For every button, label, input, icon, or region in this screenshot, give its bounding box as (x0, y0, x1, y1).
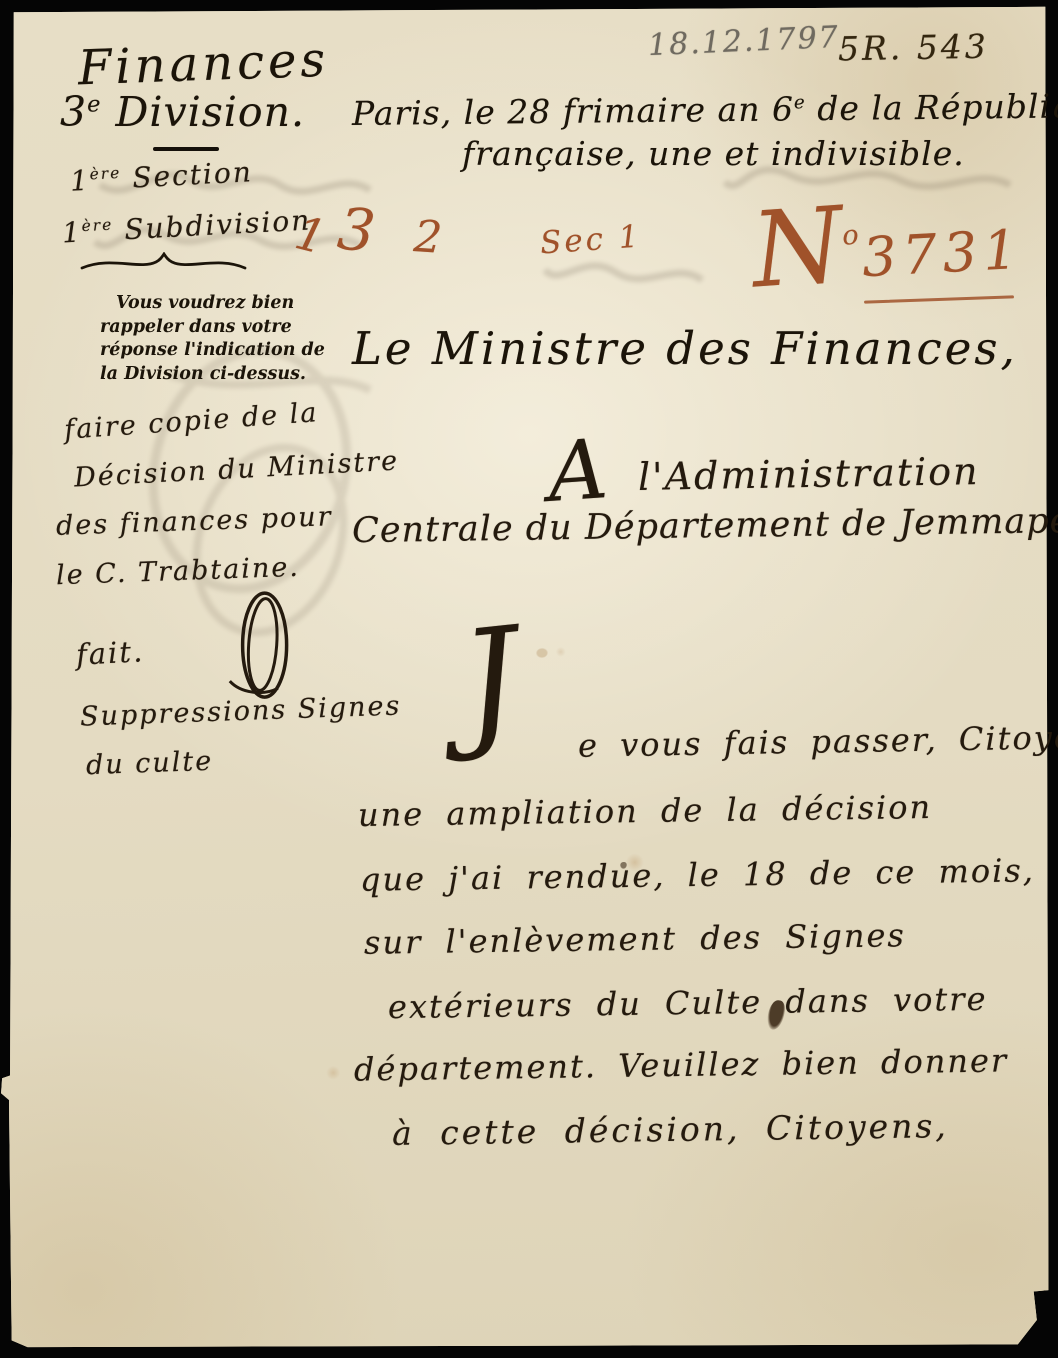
body-line: à cette décision, Citoyens, (392, 1106, 949, 1153)
reminder-note-line: Vous voudrez bien (100, 292, 318, 316)
shelf-mark-annotation: 5R. 543 (838, 27, 989, 69)
subdivision-number: 1 (61, 216, 83, 250)
body-line: une ampliation de la décision (358, 788, 933, 834)
dateline-line2: française, une et indivisible. (462, 134, 965, 173)
letterhead-title: Finances (77, 32, 330, 97)
letterhead-divider (153, 147, 219, 151)
dateline-ordinal: e (794, 92, 806, 113)
section-number: 1 (69, 164, 91, 198)
dateline-text-end: de la République (806, 86, 1058, 128)
letterhead-division: 3e Division. (60, 88, 305, 136)
division-ordinal: e (87, 91, 101, 117)
registry-mark-3: 3 (335, 194, 379, 265)
recipient-initial: A (545, 422, 611, 521)
margin-note-fait: fait. (75, 634, 145, 672)
printed-reminder-note: Vous voudrez bien rappeler dans votre ré… (100, 292, 318, 387)
dateline: Paris, le 28 frimaire an 6e de la Républ… (352, 86, 1058, 133)
recipient-line-1: l'Administration (638, 449, 980, 499)
section-word: Section (121, 155, 254, 195)
registry-number: 3731 (860, 218, 1025, 289)
margin-note-line: du culte (85, 746, 213, 781)
number-ordinal: o (841, 220, 859, 252)
division-word: Division. (101, 88, 305, 136)
registry-section-mark: Sec 1 (539, 219, 643, 262)
dateline-text: Paris, le 28 frimaire an 6 (352, 89, 794, 133)
reminder-note-line: réponse l'indication de (100, 339, 318, 363)
flourish-brace (80, 252, 248, 280)
reminder-note-line: rappeler dans votre (100, 316, 318, 340)
sender-line: Le Ministre des Finances, (352, 322, 1018, 375)
reminder-note-line: la Division ci-dessus. (100, 363, 318, 387)
body-line: sur l'enlèvement des Signes (364, 916, 906, 962)
subdivision-ordinal: ère (81, 216, 113, 236)
number-letter-n: N (748, 184, 847, 312)
division-number: 3 (60, 88, 87, 136)
section-ordinal: ère (89, 164, 121, 184)
registry-number-letter: No (748, 182, 864, 311)
registry-mark-2: 2 (412, 211, 443, 264)
manuscript-scan: 18.12.1797 5R. 543 Finances 3e Division.… (0, 0, 1058, 1358)
